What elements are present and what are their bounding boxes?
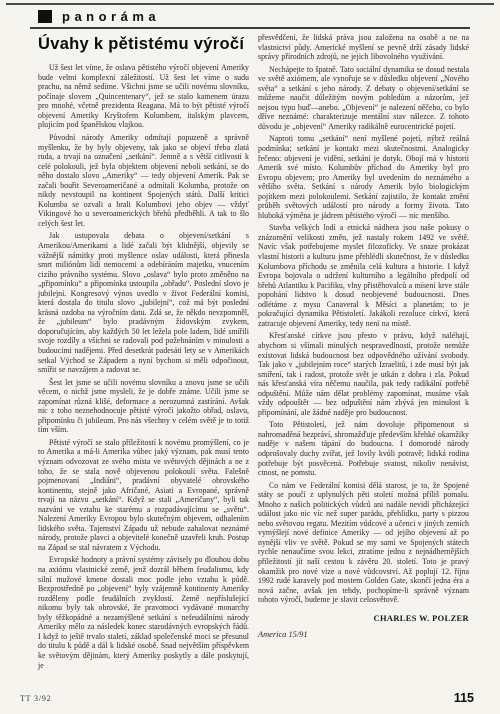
article-paragraph: Stavba velkých lodí a etnická nádhera js… (258, 223, 469, 328)
article-paragraph: Jak ustupovala debata o objevení/setkání… (38, 231, 249, 374)
article-body-right: přesvědčení, že lidská práva jsou založe… (258, 33, 469, 673)
section-header: panoráma (38, 9, 160, 24)
magazine-page: panoráma Úvahy k pětistému výročí Už šes… (0, 0, 500, 714)
article-paragraph: Evropské hodnoty a právní systémy závise… (38, 555, 249, 670)
header-divider (30, 27, 470, 29)
article-paragraph: Co nám ve Federální komisi dělá starost,… (258, 481, 469, 605)
section-label: panoráma (62, 9, 160, 24)
top-edge-rule (6, 3, 494, 5)
source-citation: America 15/91 (258, 630, 469, 639)
article-paragraph: Naproti tomu „setkání“ není myšlené poje… (258, 134, 469, 220)
article-paragraph: Šest let jsme se učili novému slovníku a… (38, 378, 249, 435)
page-number: 115 (454, 691, 474, 705)
journal-issue-label: TT 3/92 (20, 694, 51, 703)
section-bullet-icon (38, 10, 52, 23)
article-title: Úvahy k pětistému výročí (38, 35, 249, 53)
article-paragraph: Už šest let víme, že oslava pětistého vý… (38, 63, 249, 130)
author-byline: CHARLES W. POLZER (258, 614, 469, 623)
article-paragraph: Pětisté výročí se stalo příležitostí k n… (38, 438, 249, 553)
article-paragraph: Nechápejte to špatně. Tato sociální dyna… (258, 65, 469, 132)
article-paragraph: Křesťanské církve jsou přesto v právu, k… (258, 331, 469, 417)
article-content: Úvahy k pětistému výročí Už šest let vím… (38, 33, 469, 673)
article-body-left: Úvahy k pětistému výročí Už šest let vím… (38, 33, 249, 673)
article-paragraph: přesvědčení, že lidská práva jsou založe… (258, 33, 469, 62)
article-paragraph: Toto Pětistoletí, jež nám dovoluje připo… (258, 420, 469, 477)
article-paragraph: Původní národy Ameriky odmítají popuzeně… (38, 133, 249, 228)
